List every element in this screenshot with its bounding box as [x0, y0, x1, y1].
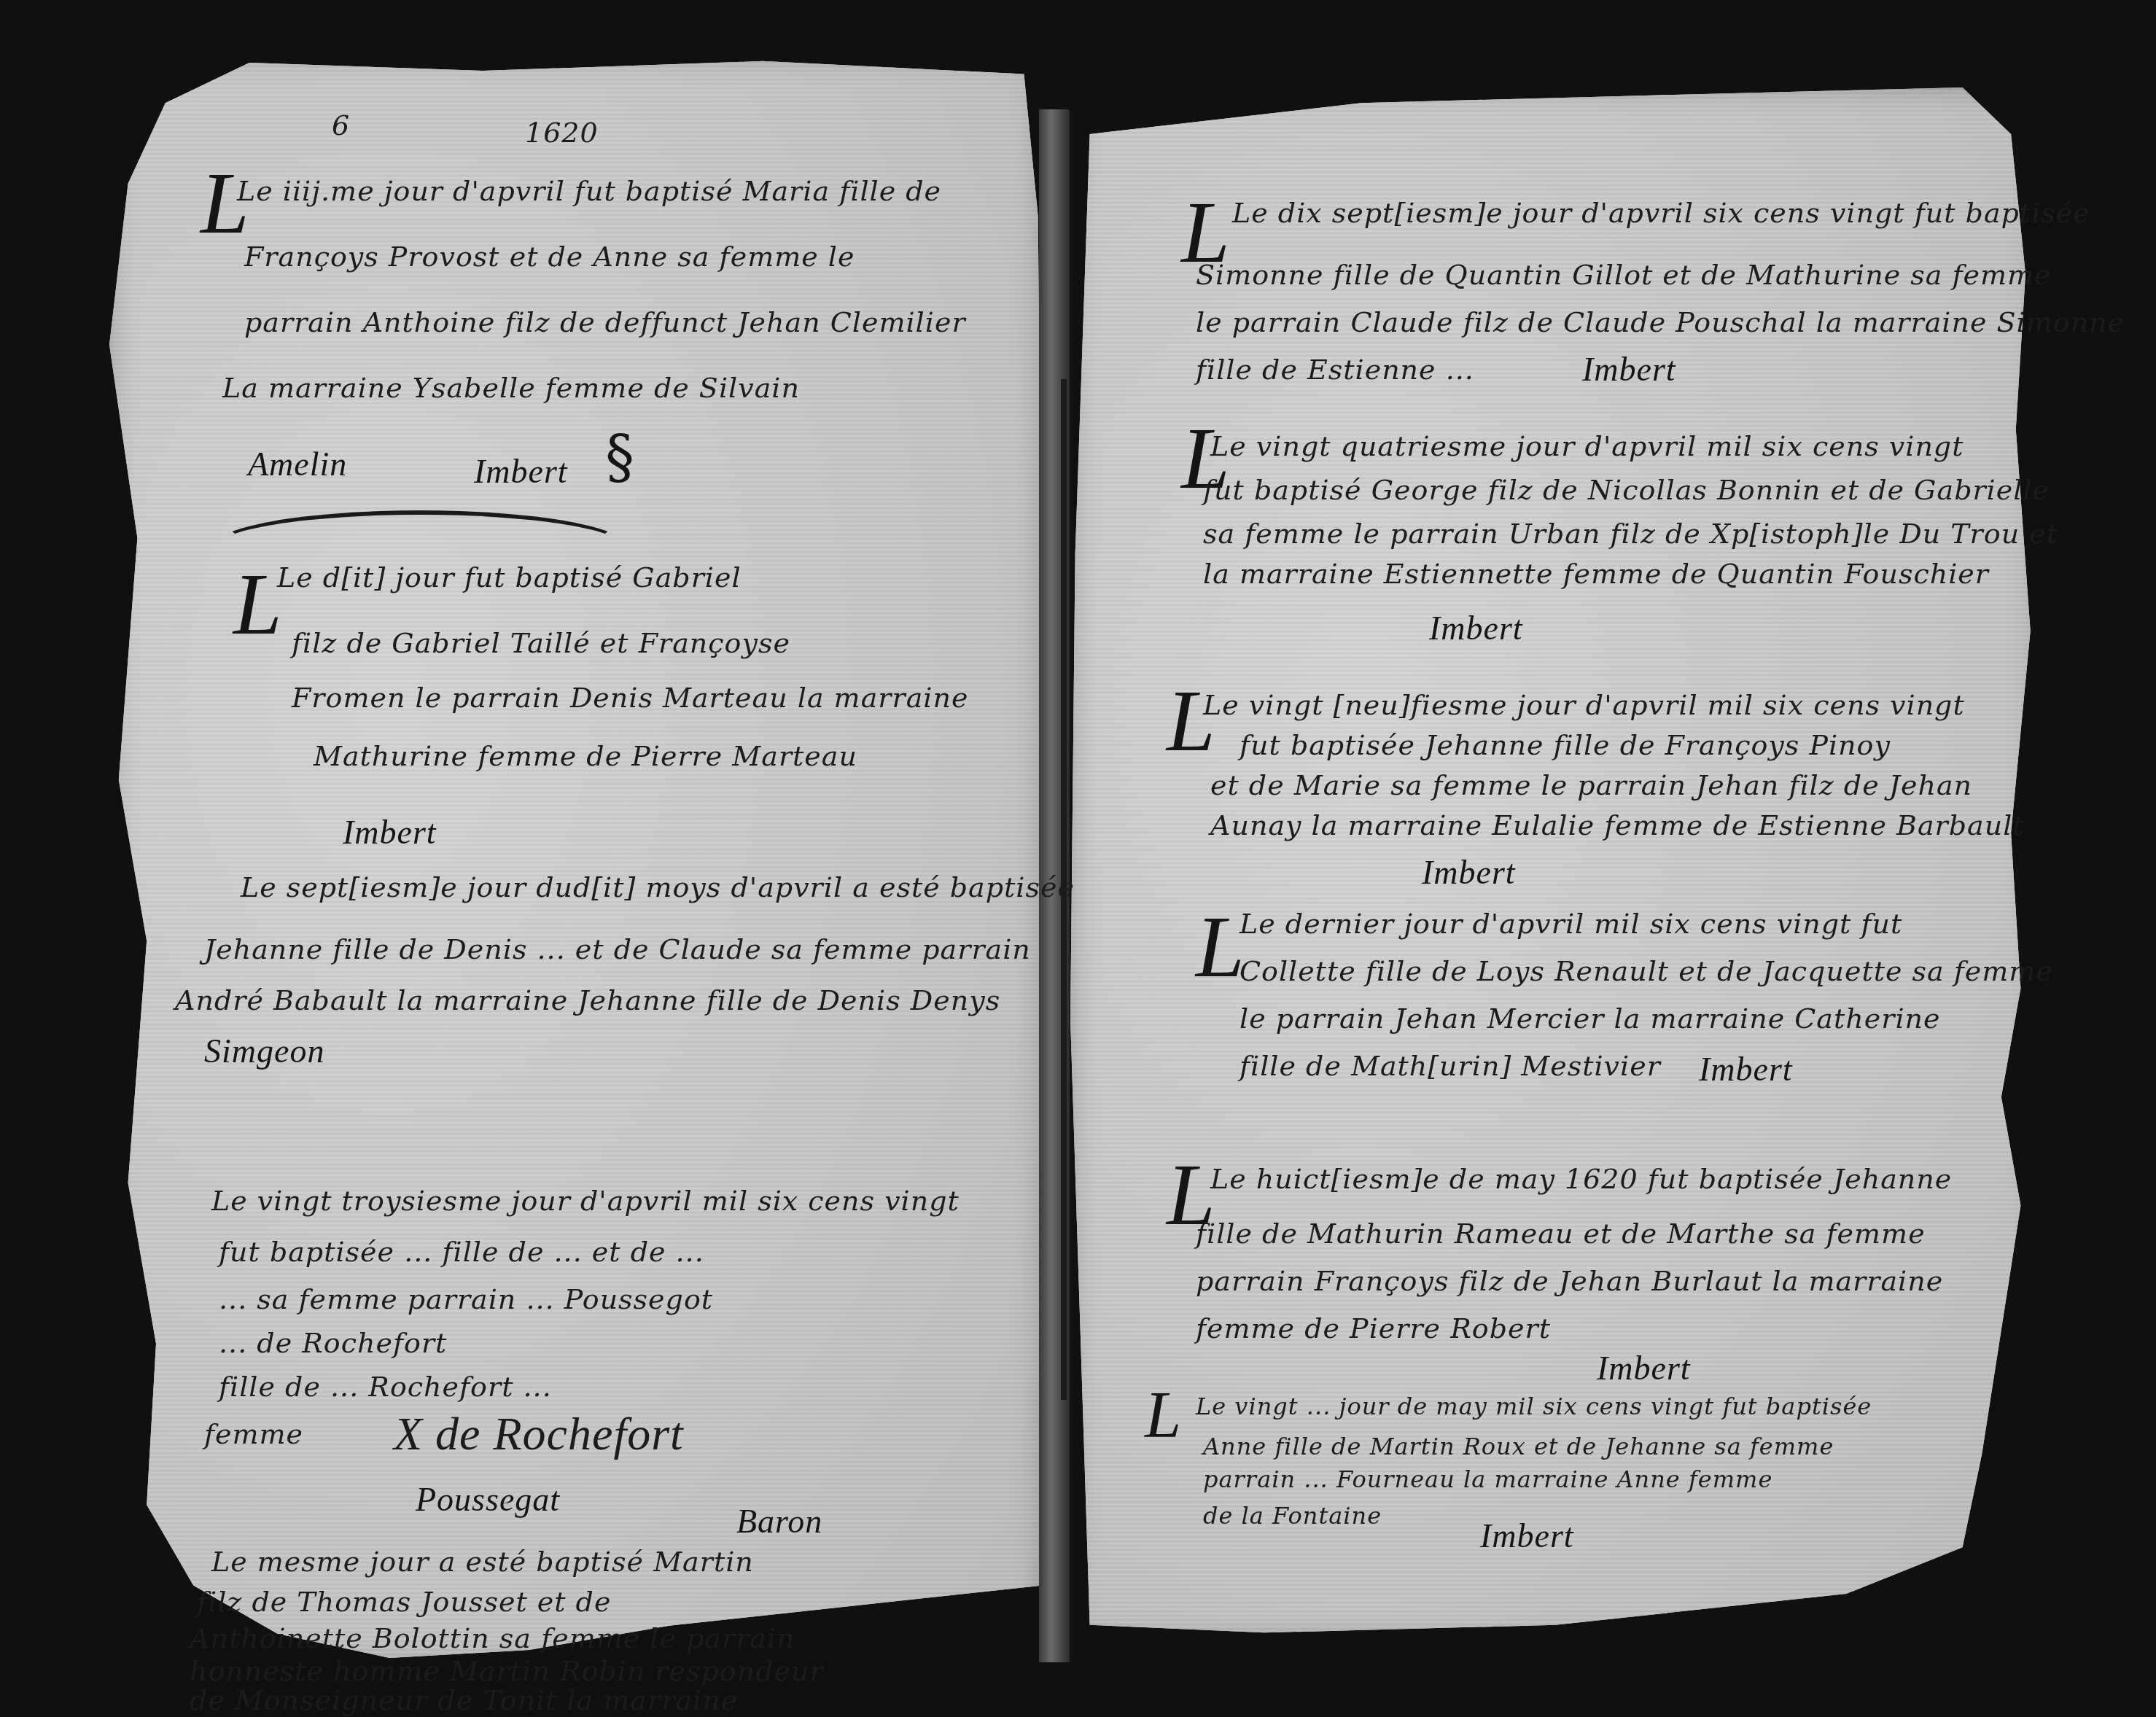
entry-line: Le vingt [neu]fiesme jour d'apvril mil s…	[1203, 689, 1965, 721]
entry-line: et de Marie sa femme le parrain Jehan fi…	[1210, 769, 1972, 801]
entry-line: fille de Math[urin] Mestivier	[1239, 1050, 1661, 1082]
entry-line: fille de ... Rochefort ...	[219, 1371, 552, 1403]
entry-line: de la Fontaine	[1203, 1502, 1382, 1530]
entry-line: Le vingt ... jour de may mil six cens vi…	[1196, 1393, 1872, 1420]
entry-line: fut baptisée Jehanne fille de Françoys P…	[1239, 729, 1891, 761]
entry-line: Le sept[iesm]e jour dud[it] moys d'apvri…	[241, 871, 1075, 903]
signature-baron: Baron	[736, 1502, 822, 1541]
paraph-flourish-icon: §	[605, 423, 634, 491]
signature: Amelin	[248, 445, 347, 483]
signature-rochefort: X de Rochefort	[394, 1407, 684, 1461]
entry-line: Fromen le parrain Denis Marteau la marra…	[292, 682, 968, 714]
signature-imbert: Imbert	[1422, 853, 1516, 892]
entry-line: fut baptisé George filz de Nicollas Bonn…	[1203, 474, 2050, 506]
entry-line: sa femme le parrain Urban filz de Xp[ist…	[1203, 518, 2058, 550]
entry-line: Mathurine femme de Pierre Marteau	[314, 740, 857, 772]
entry-line: Jehanne fille de Denis ... et de Claude …	[204, 933, 1031, 965]
entry-line: parrain Françoys filz de Jehan Burlaut l…	[1196, 1265, 1943, 1297]
initial-capital-L: L	[1145, 1378, 1181, 1453]
signature: Simgeon	[204, 1032, 324, 1070]
entry-line: honneste homme Martin Robin respondeur	[190, 1655, 824, 1687]
entry-line: filz de Gabriel Taillé et Françoyse	[292, 627, 790, 659]
entry-line: femme de Pierre Robert	[1196, 1312, 1551, 1344]
entry-line: Le iiij.me jour d'apvril fut baptisé Mar…	[237, 175, 941, 207]
signature-imbert: Imbert	[1429, 609, 1523, 647]
entry-line: Françoys Provost et de Anne sa femme le	[244, 241, 855, 273]
entry-line: parrain Anthoine filz de deffunct Jehan …	[244, 306, 966, 338]
signature-imbert: Imbert	[1582, 350, 1676, 389]
entry-line: Le mesme jour a esté baptisé Martin	[211, 1546, 754, 1578]
entry-line: filz de Thomas Jousset et de	[197, 1586, 611, 1618]
entry-line: Le vingt troysiesme jour d'apvril mil si…	[211, 1185, 960, 1217]
entry-line: femme	[204, 1418, 303, 1450]
entry-line: parrain ... Fourneau la marraine Anne fe…	[1203, 1465, 1772, 1493]
signature: Poussegat	[416, 1480, 560, 1519]
entry-line: de Monseigneur de Tonit la marraine	[190, 1684, 738, 1716]
signature-imbert: Imbert	[1480, 1517, 1574, 1555]
entry-line: Le dernier jour d'apvril mil six cens vi…	[1239, 908, 1902, 940]
signature-imbert: Imbert	[343, 813, 437, 852]
initial-capital-L: L	[1167, 671, 1215, 771]
entry-line: le parrain Jehan Mercier la marraine Cat…	[1239, 1002, 1941, 1035]
entry-line: André Babault la marraine Jehanne fille …	[175, 984, 1000, 1016]
entry-line: La marraine Ysabelle femme de Silvain	[222, 372, 800, 404]
entry-line: Aunay la marraine Eulalie femme de Estie…	[1210, 809, 2025, 841]
entry-line: fut baptisée ... fille de ... et de ...	[219, 1236, 704, 1268]
entry-line: Le huict[iesm]e de may 1620 fut baptisée…	[1210, 1163, 1952, 1195]
entry-line: fille de Mathurin Rameau et de Marthe sa…	[1196, 1218, 1926, 1250]
entry-line: Anthoinette Bolottin sa femme le parrain	[190, 1622, 795, 1654]
page-marker: 6	[332, 109, 350, 141]
entry-line: le parrain Claude filz de Claude Pouscha…	[1196, 306, 2125, 338]
entry-line: Simonne fille de Quantin Gillot et de Ma…	[1196, 259, 2052, 291]
entry-line: Le d[it] jour fut baptisé Gabriel	[277, 561, 742, 593]
entry-line: Collette fille de Loys Renault et de Jac…	[1239, 955, 2053, 987]
entry-line: fille de Estienne ...	[1196, 354, 1474, 386]
signature-imbert: Imbert	[474, 452, 568, 491]
year-header: 1620	[525, 117, 599, 149]
entry-line: la marraine Estiennette femme de Quantin…	[1203, 558, 1989, 590]
entry-line: ... sa femme parrain ... Poussegot	[219, 1283, 713, 1315]
entry-line: Le vingt quatriesme jour d'apvril mil si…	[1210, 430, 1964, 462]
signature-imbert: Imbert	[1597, 1349, 1691, 1387]
initial-capital-L: L	[1196, 897, 1245, 997]
entry-line: Anne fille de Martin Roux et de Jehanne …	[1203, 1433, 1834, 1460]
entry-line: Le dix sept[iesm]e jour d'apvril six cen…	[1232, 197, 2090, 229]
entry-line: ... de Rochefort	[219, 1327, 447, 1359]
signature-imbert: Imbert	[1699, 1050, 1793, 1089]
initial-capital-L: L	[233, 554, 282, 655]
